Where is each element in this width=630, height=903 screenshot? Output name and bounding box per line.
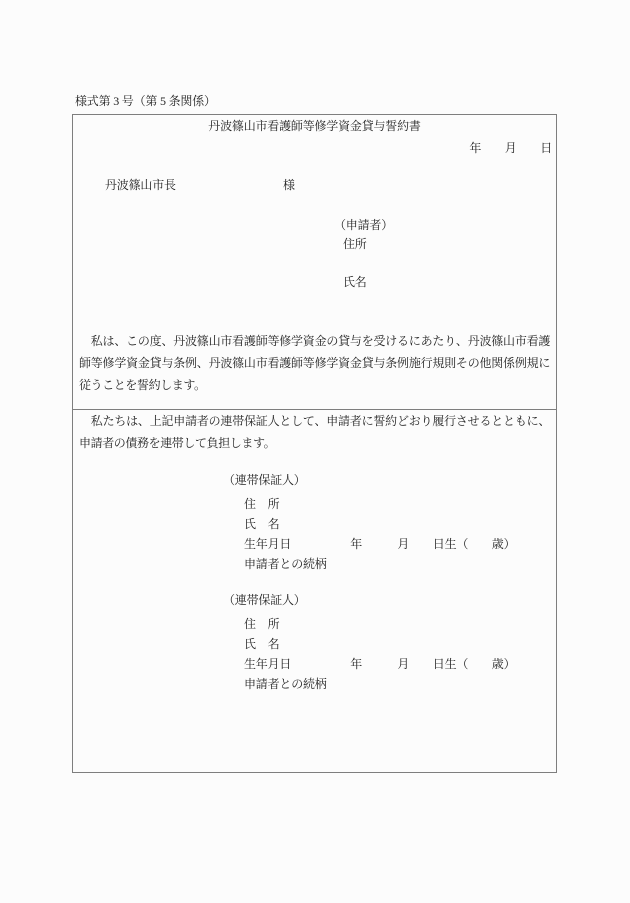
guarantor-birthdate-line: 生年月日 年 月 日生（ 歳） xyxy=(244,538,515,552)
document-title: 丹波篠山市看護師等修学資金貸与誓約書 xyxy=(73,120,556,134)
guarantor-block-2: （連帯保証人） 住 所 氏 名 生年月日 年 月 日生（ 歳） 申請者との続柄 xyxy=(73,594,556,690)
applicant-name-label: 氏名 xyxy=(343,276,367,290)
guarantor-relation-label: 申請者との続柄 xyxy=(244,678,327,692)
guarantor-birthdate-line: 生年月日 年 月 日生（ 歳） xyxy=(244,658,515,672)
guarantor-relation-label: 申請者との続柄 xyxy=(244,558,327,572)
addressee-name: 丹波篠山市長 xyxy=(105,179,176,193)
applicant-address-label: 住所 xyxy=(343,238,367,252)
applicant-heading: （申請者） xyxy=(334,219,393,233)
guarantor-address-label: 住 所 xyxy=(244,498,279,512)
guarantor-heading: （連帯保証人） xyxy=(223,594,306,608)
document-page: 様式第 3 号（第 5 条関係） 丹波篠山市看護師等修学資金貸与誓約書 年 月 … xyxy=(0,0,630,903)
pledge-form-box: 丹波篠山市看護師等修学資金貸与誓約書 年 月 日 丹波篠山市長 様 （申請者） … xyxy=(72,114,557,773)
guarantor-address-label: 住 所 xyxy=(244,618,279,632)
date-line: 年 月 日 xyxy=(469,142,552,156)
guarantor-name-label: 氏 名 xyxy=(244,518,279,532)
guarantor-heading: （連帯保証人） xyxy=(223,474,306,488)
guarantee-paragraph: 私たちは、上記申請者の連帯保証人として、申請者に誓約どおり履行させるとともに、申… xyxy=(79,410,550,454)
guarantor-block-1: （連帯保証人） 住 所 氏 名 生年月日 年 月 日生（ 歳） 申請者との続柄 xyxy=(73,474,556,570)
form-number-label: 様式第 3 号（第 5 条関係） xyxy=(75,94,216,108)
guarantor-name-label: 氏 名 xyxy=(244,638,279,652)
pledge-paragraph: 私は、この度、丹波篠山市看護師等修学資金の貸与を受けるにあたり、丹波篠山市看護師… xyxy=(79,330,550,396)
addressee-honorific: 様 xyxy=(283,179,295,193)
